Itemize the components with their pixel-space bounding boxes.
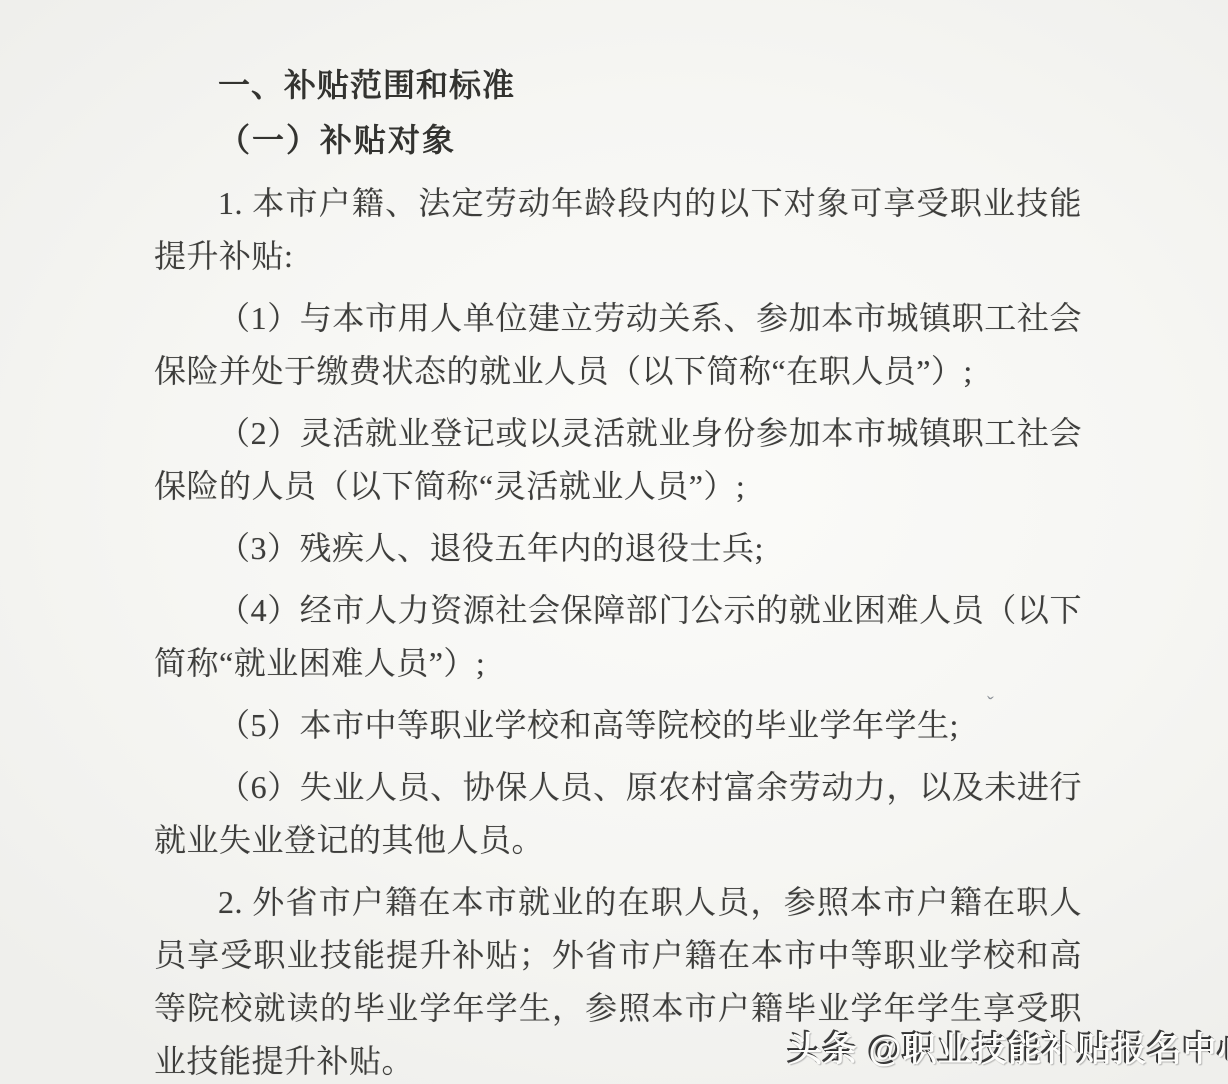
subsection-heading: （一）补贴对象 — [154, 114, 1082, 167]
paragraph-eligibility-intro: 1. 本市户籍、法定劳动年龄段内的以下对象可享受职业技能提升补贴: — [154, 177, 1082, 283]
paragraph-item-1-employed-persons: （1）与本市用人单位建立劳动关系、参加本市城镇职工社会保险并处于缴费状态的就业人… — [154, 292, 1082, 398]
document-body: 一、补贴范围和标准 （一）补贴对象 1. 本市户籍、法定劳动年龄段内的以下对象可… — [0, 0, 1228, 1084]
paragraph-item-4-employment-difficulty: （4）经市人力资源社会保障部门公示的就业困难人员（以下简称“就业困难人员”）; — [154, 584, 1082, 690]
paragraph-item-3-disabled-veterans: （3）残疾人、退役五年内的退役士兵; — [154, 522, 1082, 575]
section-heading: 一、补贴范围和标准 — [154, 59, 1082, 112]
paragraph-item-5-graduating-students: （5）本市中等职业学校和高等院校的毕业学年学生; — [154, 699, 1082, 752]
paragraph-item-6-unemployed-others: （6）失业人员、协保人员、原农村富余劳动力，以及未进行就业失业登记的其他人员。 — [154, 761, 1082, 867]
paragraph-item-2-flexible-employment: （2）灵活就业登记或以灵活就业身份参加本市城镇职工社会保险的人员（以下简称“灵活… — [154, 407, 1082, 513]
toutiao-watermark: 头条 @职业技能补贴报名中心 — [788, 1022, 1228, 1071]
scanned-document-page: 一、补贴范围和标准 （一）补贴对象 1. 本市户籍、法定劳动年龄段内的以下对象可… — [0, 0, 1228, 1084]
